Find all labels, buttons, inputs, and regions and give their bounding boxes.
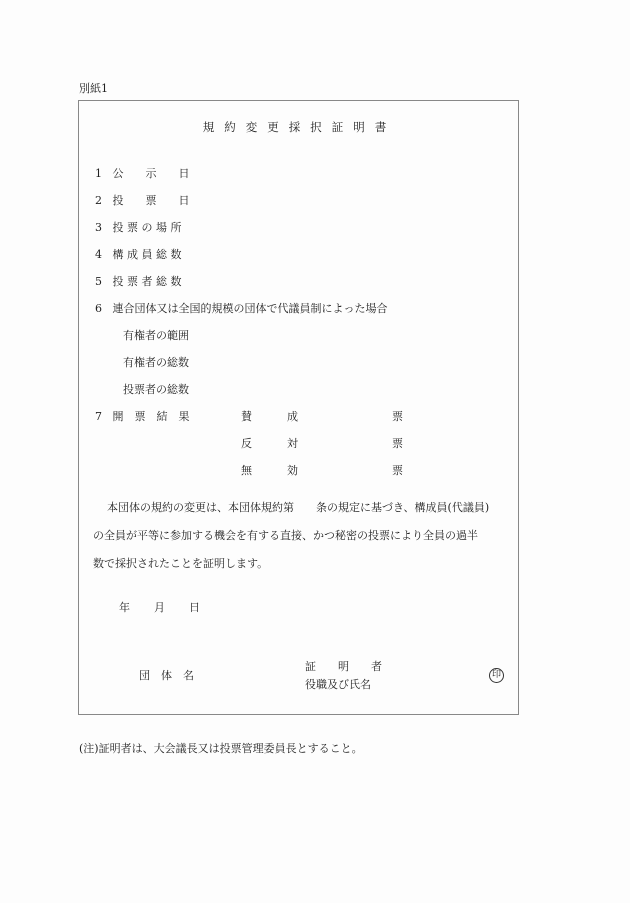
item-3: 3 投 票 の 場 所 — [95, 219, 182, 235]
certifier-title-label: 役職及び氏名 — [305, 676, 371, 692]
item-label: 投 票 の 場 所 — [113, 221, 182, 234]
result-invalid-b: 効 — [287, 462, 298, 478]
annex-label: 別紙1 — [79, 80, 108, 96]
seal-icon: 印 — [489, 668, 504, 683]
date-day: 日 — [189, 599, 200, 615]
item-7: 7 開 票 結 果 — [95, 408, 190, 424]
item-4: 4 構 成 員 総 数 — [95, 246, 182, 262]
date-year: 年 — [119, 599, 130, 615]
item-label: 構 成 員 総 数 — [113, 248, 182, 261]
item-5: 5 投 票 者 総 数 — [95, 273, 182, 289]
statement-line-3: 数で採択されたことを証明します。 — [93, 555, 268, 571]
result-invalid-a: 無 — [241, 462, 252, 478]
sub-item-voter-total: 有権者の総数 — [123, 354, 189, 370]
result-approve-b: 成 — [287, 408, 298, 424]
result-invalid-unit: 票 — [392, 462, 403, 478]
certificate-form: 規約変更採択証明書 1 公 示 日 2 投 票 日 3 投 票 の 場 所 4 … — [78, 100, 519, 715]
sub-item-voter-scope: 有権者の範囲 — [123, 327, 189, 343]
statement-line-2: の全員が平等に参加する機会を有する直接、かつ秘密の投票により全員の過半 — [93, 527, 478, 543]
item-label: 投 票 日 — [113, 194, 190, 207]
item-6: 6 連合団体又は全国的規模の団体で代議員制によった場合 — [95, 300, 388, 316]
result-oppose-b: 対 — [287, 435, 298, 451]
org-name-label: 団 体 名 — [139, 667, 194, 683]
result-approve-a: 賛 — [241, 408, 252, 424]
form-title: 規約変更採択証明書 — [79, 119, 520, 135]
sub-item-voted-total: 投票者の総数 — [123, 381, 189, 397]
item-label: 投 票 者 総 数 — [113, 275, 182, 288]
item-label: 公 示 日 — [113, 167, 190, 180]
seal-mark: 印 — [489, 667, 504, 683]
certifier-label: 証 明 者 — [305, 658, 382, 674]
item-label: 連合団体又は全国的規模の団体で代議員制によった場合 — [113, 302, 388, 315]
item-1: 1 公 示 日 — [95, 165, 190, 181]
item-2: 2 投 票 日 — [95, 192, 190, 208]
statement-line-1: 本団体の規約の変更は、本団体規約第 条の規定に基づき、構成員(代議員) — [107, 499, 489, 515]
result-oppose-a: 反 — [241, 435, 252, 451]
footnote: (注)証明者は、大会議長又は投票管理委員長とすること。 — [79, 740, 363, 756]
date-month: 月 — [154, 599, 165, 615]
result-oppose-unit: 票 — [392, 435, 403, 451]
result-approve-unit: 票 — [392, 408, 403, 424]
item-label: 開 票 結 果 — [113, 410, 190, 423]
